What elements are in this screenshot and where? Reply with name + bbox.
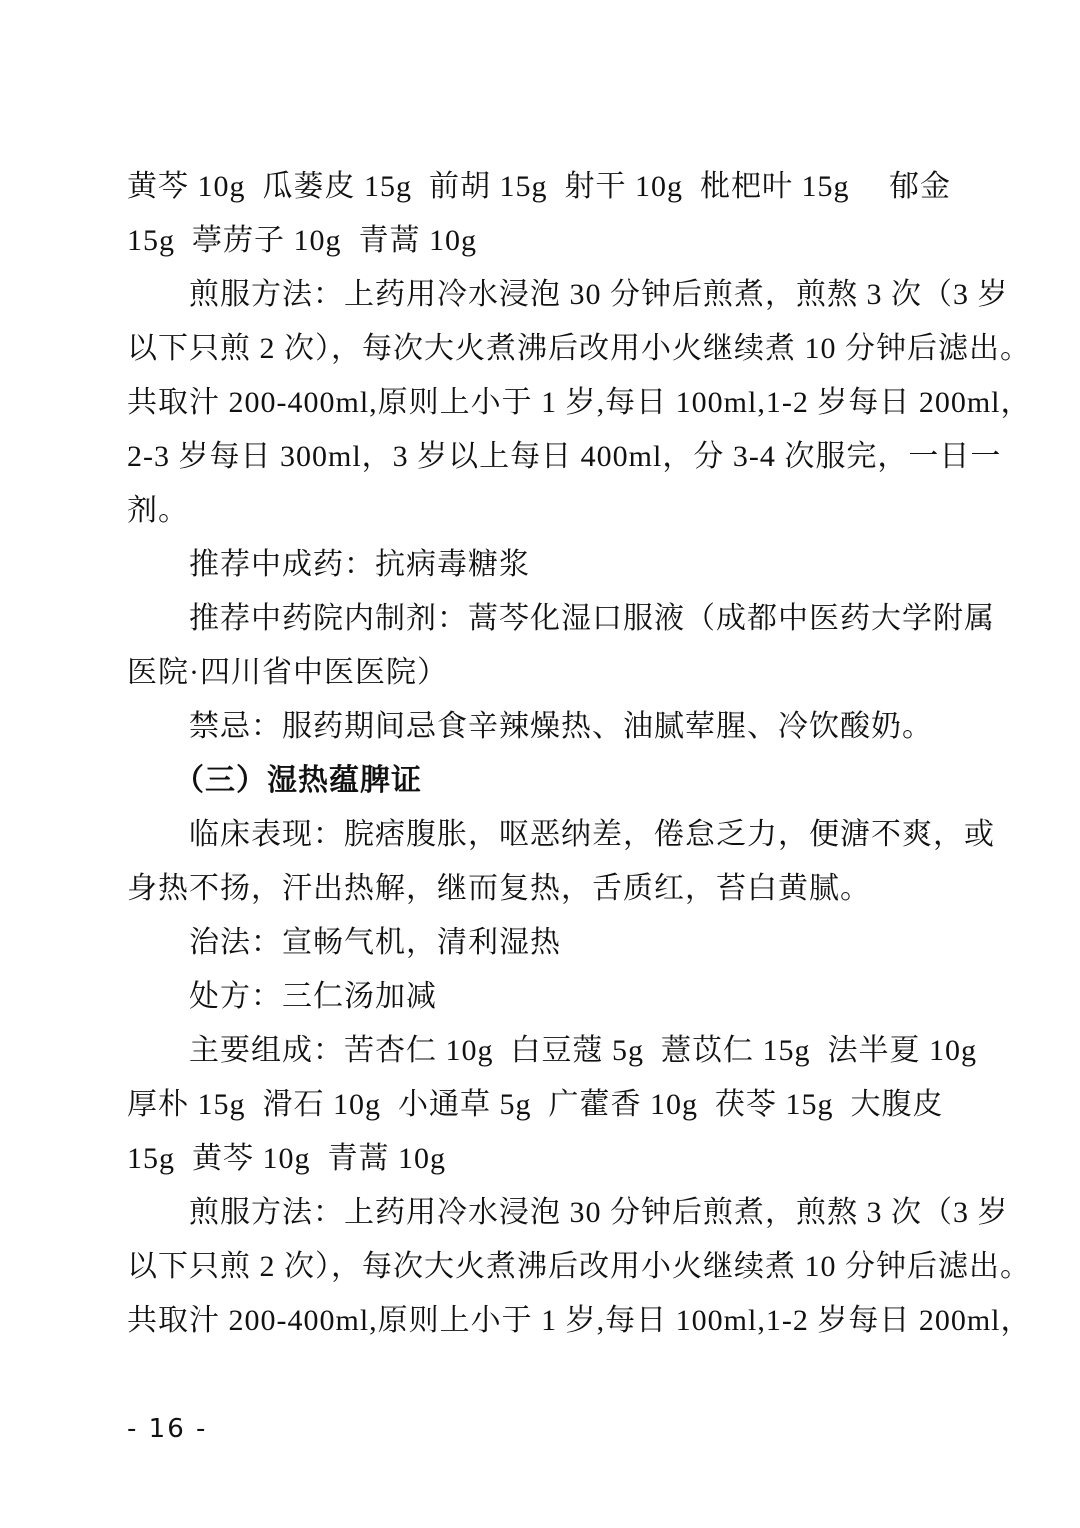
text-line: 治法：宣畅气机，清利湿热 — [127, 916, 959, 970]
text-line: 共取汁 200-400ml,原则上小于 1 岁,每日 100ml,1-2 岁每日… — [127, 1294, 959, 1348]
text-line: 推荐中药院内制剂：蒿芩化湿口服液（成都中医药大学附属 — [127, 592, 959, 646]
document-body: 黄芩 10g 瓜蒌皮 15g 前胡 15g 射干 10g 枇杷叶 15g 郁金 … — [127, 160, 959, 1348]
text-line: 以下只煎 2 次），每次大火煮沸后改用小火继续煮 10 分钟后滤出。 — [127, 1240, 959, 1294]
text-line: 15g 黄芩 10g 青蒿 10g — [127, 1132, 959, 1186]
text-line: 禁忌：服药期间忌食辛辣燥热、油腻荤腥、冷饮酸奶。 — [127, 700, 959, 754]
text-line: 共取汁 200-400ml,原则上小于 1 岁,每日 100ml,1-2 岁每日… — [127, 376, 959, 430]
text-line: 煎服方法：上药用冷水浸泡 30 分钟后煎煮，煎熬 3 次（3 岁 — [127, 268, 959, 322]
text-line: 身热不扬，汗出热解，继而复热，舌质红，苔白黄腻。 — [127, 862, 959, 916]
text-line: 主要组成：苦杏仁 10g 白豆蔻 5g 薏苡仁 15g 法半夏 10g — [127, 1024, 959, 1078]
text-line: 以下只煎 2 次），每次大火煮沸后改用小火继续煮 10 分钟后滤出。 — [127, 322, 959, 376]
page-number: - 16 - — [127, 1414, 207, 1444]
text-line: 厚朴 15g 滑石 10g 小通草 5g 广藿香 10g 茯苓 15g 大腹皮 — [127, 1078, 959, 1132]
text-line: 处方：三仁汤加减 — [127, 970, 959, 1024]
text-line: 2-3 岁每日 300ml，3 岁以上每日 400ml，分 3-4 次服完，一日… — [127, 430, 959, 484]
text-line: 煎服方法：上药用冷水浸泡 30 分钟后煎煮，煎熬 3 次（3 岁 — [127, 1186, 959, 1240]
text-line: 医院·四川省中医医院） — [127, 646, 959, 700]
text-line: 推荐中成药：抗病毒糖浆 — [127, 538, 959, 592]
text-line: 剂。 — [127, 484, 959, 538]
document-page: 黄芩 10g 瓜蒌皮 15g 前胡 15g 射干 10g 枇杷叶 15g 郁金 … — [0, 0, 1080, 1528]
section-heading: （三）湿热蕴脾证 — [127, 754, 959, 808]
text-line: 15g 葶苈子 10g 青蒿 10g — [127, 214, 959, 268]
text-line: 黄芩 10g 瓜蒌皮 15g 前胡 15g 射干 10g 枇杷叶 15g 郁金 — [127, 160, 959, 214]
text-line: 临床表现：脘痞腹胀，呕恶纳差，倦怠乏力，便溏不爽，或 — [127, 808, 959, 862]
